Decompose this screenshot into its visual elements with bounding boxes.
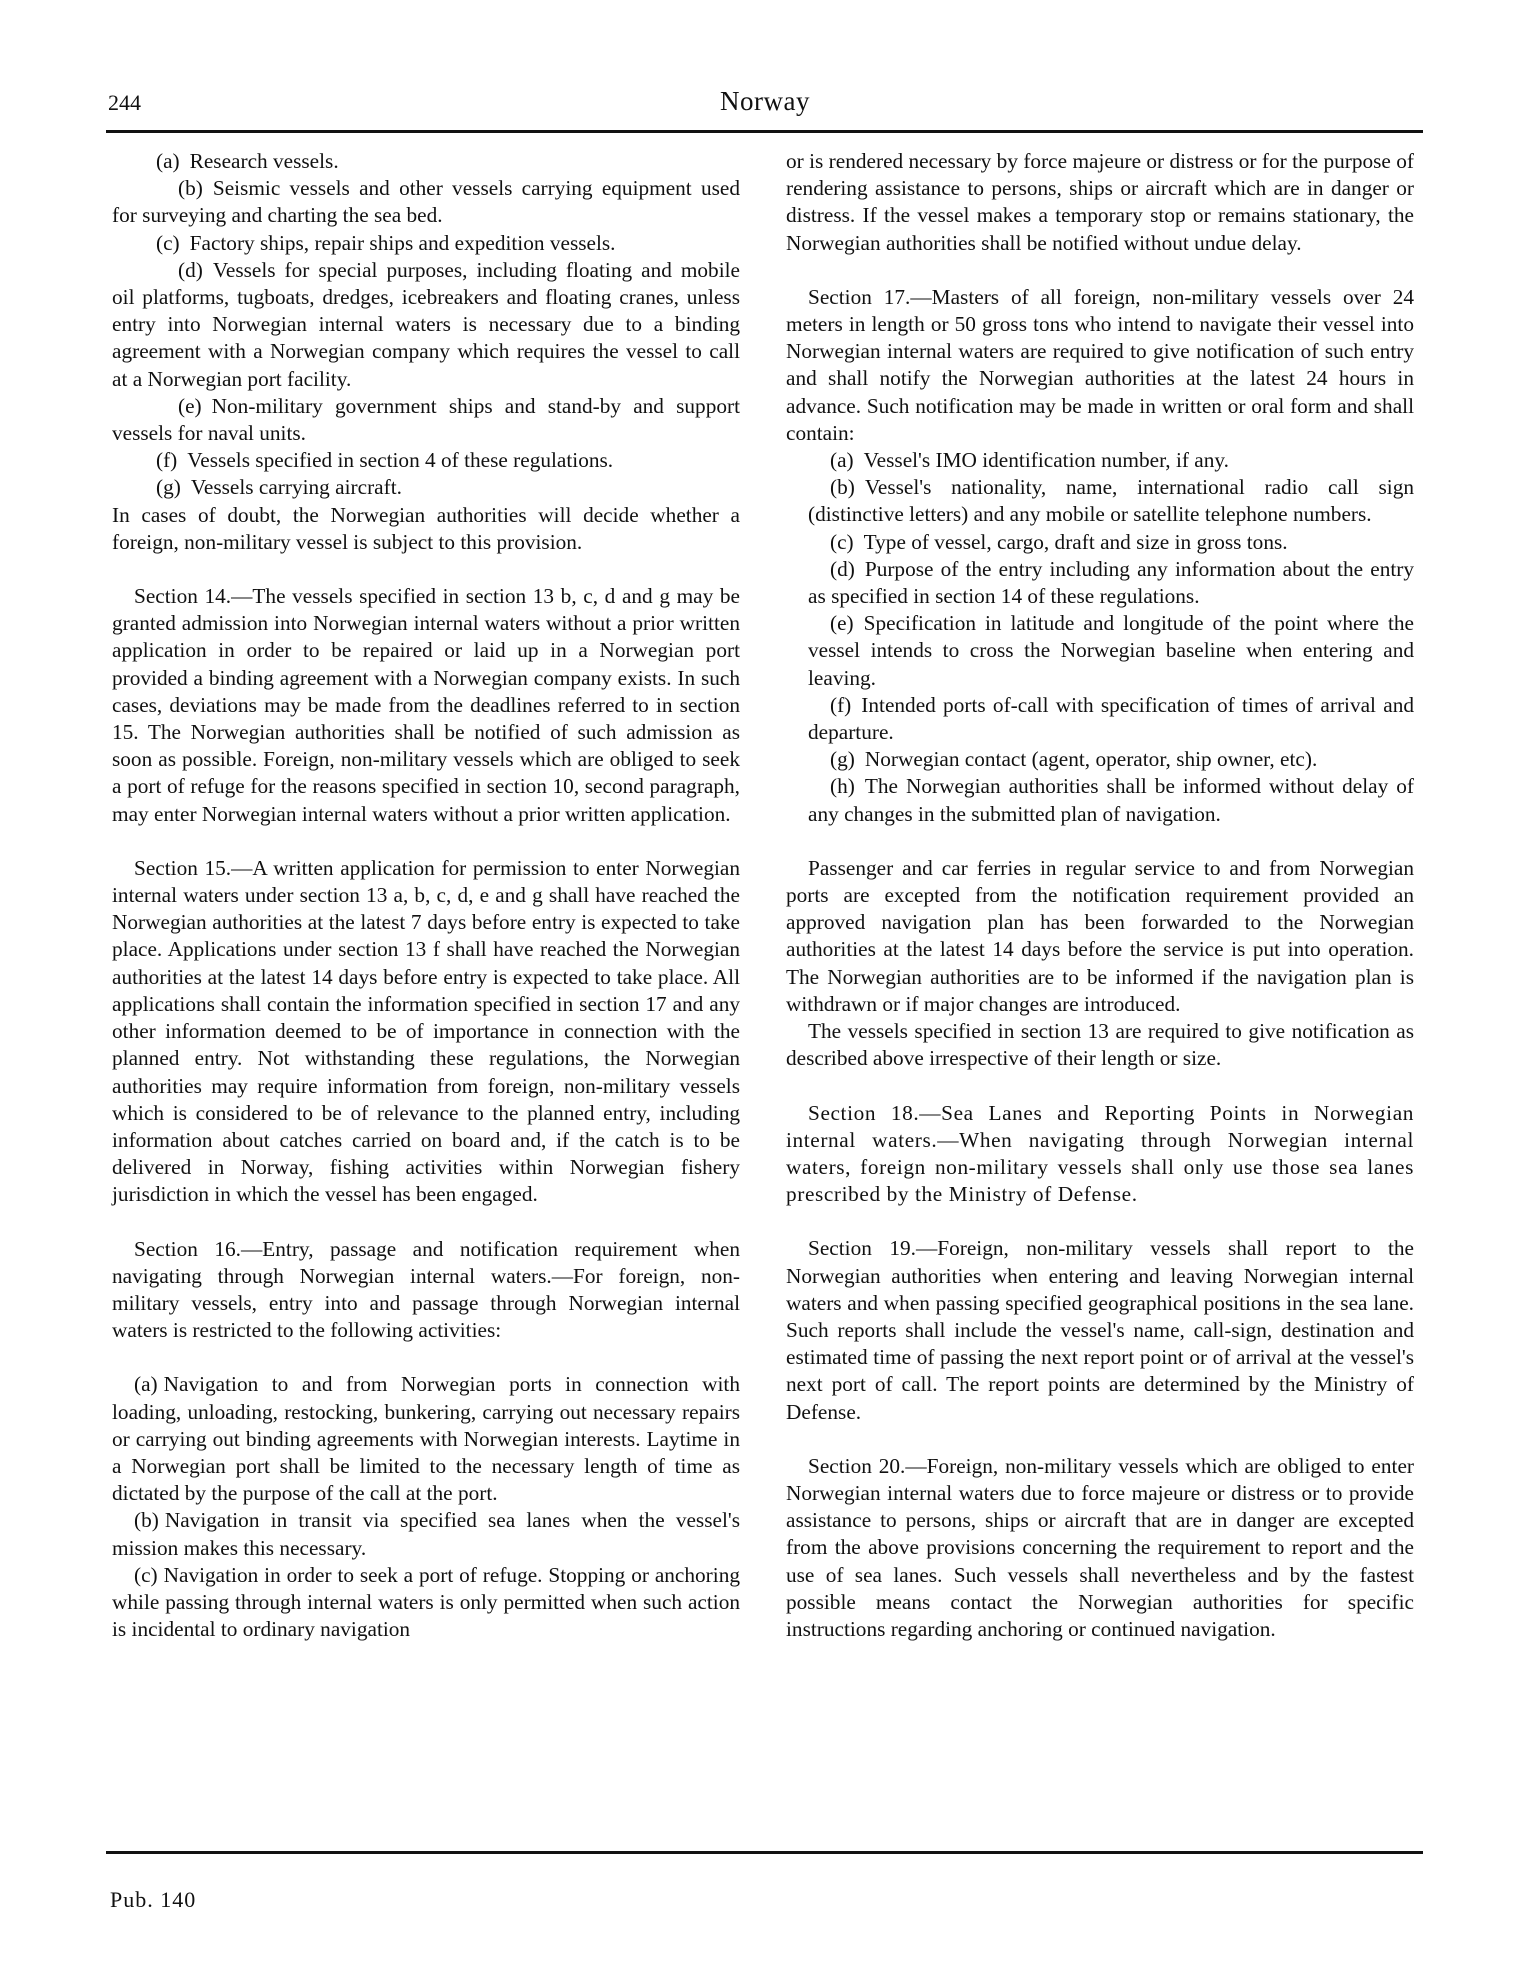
list-item: (b)Vessel's nationality, name, internati…	[786, 474, 1414, 528]
section-16-intro: Section 16.—Entry, passage and notificat…	[112, 1236, 740, 1345]
list-item: (b)Navigation in transit via specified s…	[112, 1507, 740, 1561]
list-item: (c)Navigation in order to seek a port of…	[112, 1562, 740, 1644]
list-item: (f)Intended ports of-call with specifica…	[786, 692, 1414, 746]
list-item: (a)Vessel's IMO identification number, i…	[786, 447, 1414, 474]
left-column: (a)Research vessels. (b)Seismic vessels …	[112, 148, 740, 1643]
paragraph-doubt: In cases of doubt, the Norwegian authori…	[112, 502, 740, 556]
list-item: (e)Specification in latitude and longitu…	[786, 610, 1414, 692]
section-18: Section 18.—Sea Lanes and Reporting Poin…	[786, 1100, 1414, 1209]
right-column: or is rendered necessary by force majeur…	[786, 148, 1414, 1643]
list-item: (g)Norwegian contact (agent, operator, s…	[786, 746, 1414, 773]
paragraph-section-13-vessels: The vessels specified in section 13 are …	[786, 1018, 1414, 1072]
list-item: (d)Purpose of the entry including any in…	[786, 556, 1414, 610]
list-item: (c)Factory ships, repair ships and exped…	[112, 230, 740, 257]
section-19: Section 19.—Foreign, non-military vessel…	[786, 1235, 1414, 1425]
page-title: Norway	[0, 86, 1530, 117]
document-page: 244 Norway (a)Research vessels. (b)Seism…	[0, 0, 1530, 1980]
footer-rule	[106, 1851, 1423, 1854]
header-rule	[106, 130, 1423, 133]
section-20: Section 20.—Foreign, non-military vessel…	[786, 1453, 1414, 1643]
list-item: (c)Type of vessel, cargo, draft and size…	[786, 529, 1414, 556]
publication-footer: Pub. 140	[110, 1887, 196, 1913]
section-17-intro: Section 17.—Masters of all foreign, non-…	[786, 284, 1414, 447]
list-item: (f)Vessels specified in section 4 of the…	[112, 447, 740, 474]
list-item: (h)The Norwegian authorities shall be in…	[786, 773, 1414, 827]
list-item: (d)Vessels for special purposes, includi…	[112, 257, 740, 393]
list-item: (b)Seismic vessels and other vessels car…	[112, 175, 740, 229]
list-item: (a)Research vessels.	[112, 148, 740, 175]
section-16-continued: or is rendered necessary by force majeur…	[786, 148, 1414, 257]
list-item: (a)Navigation to and from Norwegian port…	[112, 1371, 740, 1507]
list-item: (g)Vessels carrying aircraft.	[112, 474, 740, 501]
section-15: Section 15.—A written application for pe…	[112, 855, 740, 1209]
paragraph-ferries: Passenger and car ferries in regular ser…	[786, 855, 1414, 1018]
section-14: Section 14.—The vessels specified in sec…	[112, 583, 740, 828]
list-item: (e)Non-military government ships and sta…	[112, 393, 740, 447]
